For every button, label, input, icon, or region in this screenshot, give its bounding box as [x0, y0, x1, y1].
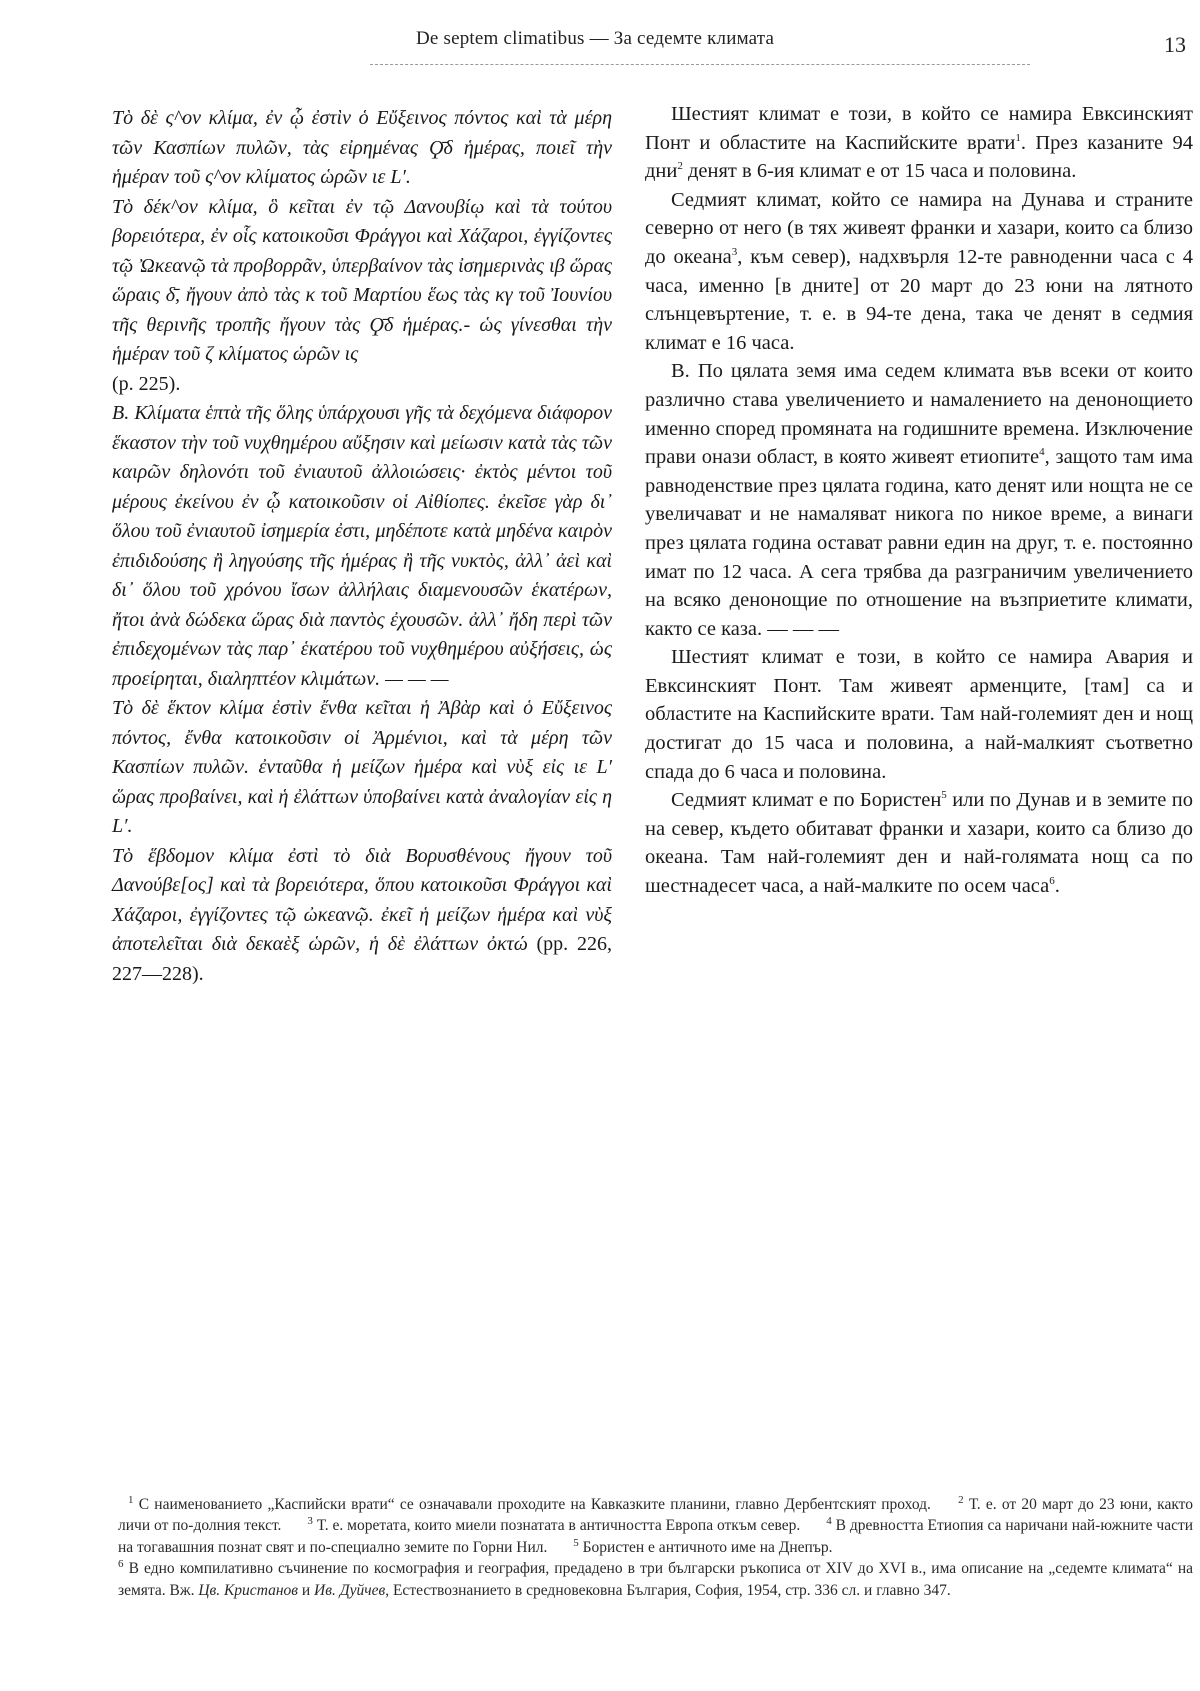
greek-paragraph-sixth-climate: Τὸ δὲ ς^ον κλίμα, ἐν ᾧ ἐστὶν ὁ Εὔξεινος … — [112, 104, 612, 193]
bulgarian-translation-column: Шестият климат е този, в който се намира… — [645, 100, 1193, 901]
greek-paragraph-seventh-climate: Τὸ δέκ^ον κλίμα, ὃ κεῖται ἐν τῷ Δανουβίῳ… — [112, 193, 612, 370]
page-number: 13 — [1164, 32, 1186, 58]
footnote-mark-2: 2 — [958, 1494, 964, 1506]
header-rule — [370, 64, 1030, 65]
bulgarian-paragraph-seventh-climate: Седмият климат, който се намира на Дунав… — [645, 186, 1193, 358]
paragraph-text: Седмият климат е по Бористен — [671, 789, 941, 811]
footnote-6-author-2: Ив. Дуйчев — [314, 1582, 385, 1599]
footnote-6-conjunction: и — [302, 1582, 310, 1599]
footnote-6-citation: , Естествознанието в средновековна Бълга… — [385, 1582, 951, 1599]
footnotes: 1 С наименованието „Каспийски врати“ се … — [118, 1494, 1193, 1601]
running-title: De septem climatibus — За седемте климат… — [416, 28, 774, 50]
paragraph-text: , защото там има равноденствие през цяла… — [645, 446, 1193, 640]
paragraph-text: . — [1055, 875, 1060, 897]
greek-paragraph-b: B. Κλίματα ἑπτὰ τῆς ὅλης ὑπάρχουσι γῆς τ… — [112, 399, 612, 694]
footnote-1: С наименованието „Каспийски врати“ се оз… — [139, 1496, 931, 1513]
bulgarian-paragraph-b: В. По цялата земя има седем климата във … — [645, 357, 1193, 643]
footnote-mark-5: 5 — [573, 1537, 579, 1549]
footnote-6-author-1: Цв. Кристанов — [198, 1582, 298, 1599]
footnote-mark-1: 1 — [128, 1494, 134, 1506]
greek-paragraph-sixth-climate-b: Τὸ δὲ ἕκτον κλίμα ἐστὶν ἔνθα κεῖται ἡ Ἀβ… — [112, 694, 612, 842]
footnote-mark-3: 3 — [307, 1515, 313, 1527]
footnote-5: Бористен е античното име на Днепър. — [583, 1539, 833, 1556]
greek-text-column: Τὸ δὲ ς^ον κλίμα, ἐν ᾧ ἐστὶν ὁ Εὔξεινος … — [112, 104, 612, 989]
greek-page-reference: (p. 225). — [112, 370, 612, 400]
page-header: De septem climatibus — За седемте климат… — [0, 26, 1200, 66]
bulgarian-paragraph-sixth-climate: Шестият климат е този, в който се намира… — [645, 100, 1193, 186]
paragraph-text: денят в 6-ия климат е от 15 часа и полов… — [683, 160, 1076, 182]
bulgarian-paragraph-seventh-climate-b: Седмият климат е по Бористен5 или по Дун… — [645, 786, 1193, 900]
footnote-3: Т. е. моретата, които миели познатата в … — [317, 1517, 800, 1534]
footnote-block: 1 С наименованието „Каспийски врати“ се … — [118, 1494, 1193, 1601]
greek-paragraph-seventh-climate-b: Τὸ ἕβδομον κλίμα ἐστὶ τὸ διὰ Βορυσθένους… — [112, 842, 612, 990]
footnote-mark-4: 4 — [826, 1515, 832, 1527]
bulgarian-paragraph-sixth-climate-b: Шестият климат е този, в който се намира… — [645, 643, 1193, 786]
footnote-mark-6: 6 — [118, 1558, 124, 1570]
